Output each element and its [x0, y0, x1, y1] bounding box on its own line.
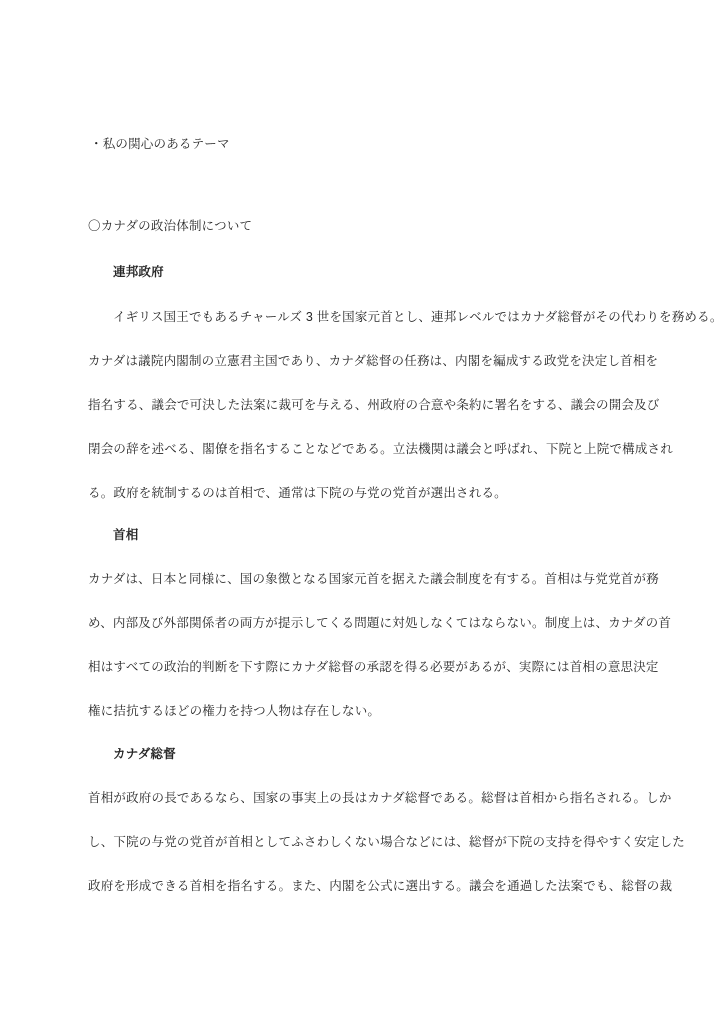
body-line: る。政府を統制するのは首相で、通常は下院の与党の党首が選出される。: [88, 485, 507, 502]
body-line: 首相が政府の長であるなら、国家の事実上の長はカナダ総督である。総督は首相から指名…: [88, 790, 672, 807]
topic-title-line: 〇カナダの政治体制について: [88, 218, 252, 235]
section-heading-governor-general: カナダ総督: [113, 746, 176, 763]
body-line: カナダは、日本と同様に、国の象徴となる国家元首を据えた議会制度を有する。首相は与…: [88, 571, 659, 588]
section-heading-federal-government: 連邦政府: [113, 264, 164, 281]
interest-theme-line: ・私の関心のあるテーマ: [90, 136, 230, 153]
body-line: 政府を形成できる首相を指名する。また、内閣を公式に選出する。議会を通過した法案で…: [88, 878, 672, 895]
body-line: 権に拮抗するほどの権力を持つ人物は存在しない。: [88, 703, 380, 720]
body-line: し、下院の与党の党首が首相としてふさわしくない場合などには、総督が下院の支持を得…: [88, 834, 685, 851]
body-line: イギリス国王でもあるチャールズ 3 世を国家元首とし、連邦レベルではカナダ総督が…: [113, 309, 723, 326]
body-line: カナダは議院内閣制の立憲君主国であり、カナダ総督の任務は、内閣を編成する政党を決…: [88, 353, 658, 370]
body-line: 相はすべての政治的判断を下す際にカナダ総督の承認を得る必要があるが、実際には首相…: [88, 659, 659, 676]
section-heading-prime-minister: 首相: [113, 527, 138, 544]
body-line: 指名する、議会で可決した法案に裁可を与える、州政府の合意や条約に署名をする、議会…: [88, 397, 660, 414]
body-line: 閉会の辞を述べる、閣僚を指名することなどである。立法機関は議会と呼ばれ、下院と上…: [88, 441, 673, 458]
body-line: め、内部及び外部関係者の両方が提示してくる問題に対処しなくてはならない。制度上は…: [88, 615, 671, 632]
document-page: ・私の関心のあるテーマ 〇カナダの政治体制について 連邦政府 イギリス国王でもあ…: [0, 0, 724, 1024]
